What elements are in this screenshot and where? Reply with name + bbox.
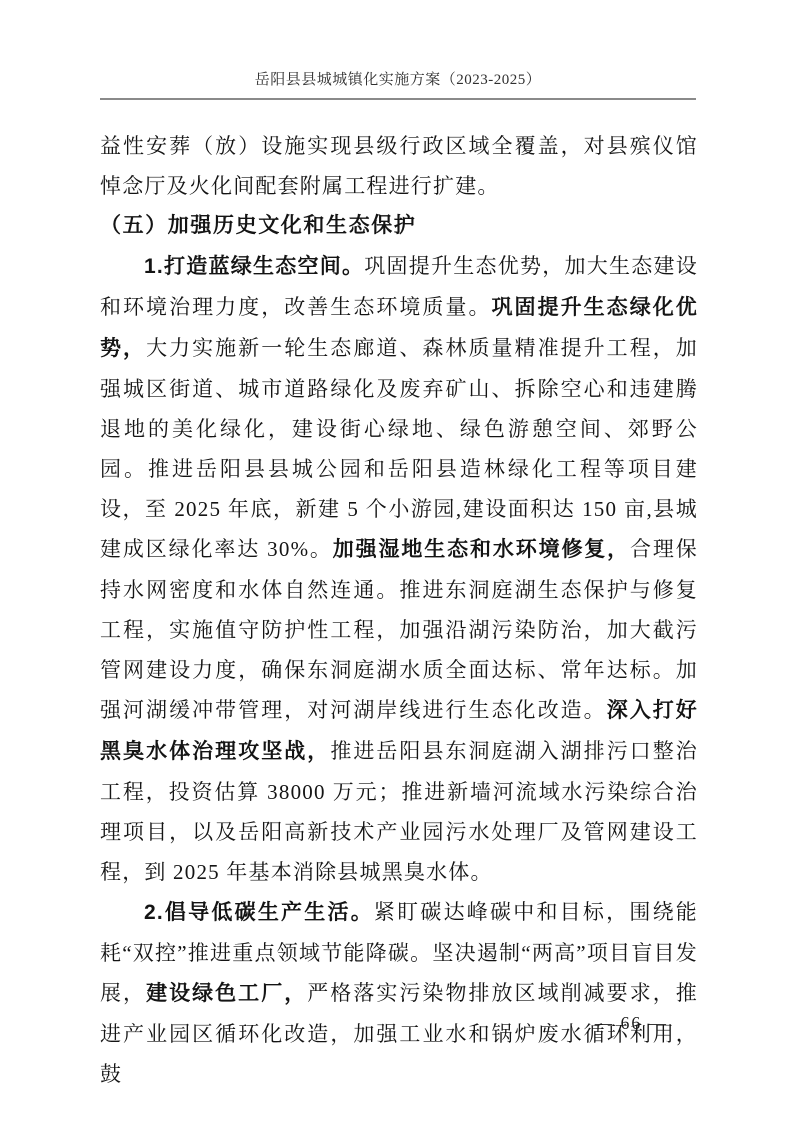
text-run: 益性安葬（放）设施实现县级行政区域全覆盖，对县殡仪馆悼念厅及火化间配套附属工程进… (100, 134, 698, 198)
paragraph: 益性安葬（放）设施实现县级行政区域全覆盖，对县殡仪馆悼念厅及火化间配套附属工程进… (100, 126, 698, 206)
page-footer: — 66 — (100, 1013, 696, 1034)
running-header: 岳阳县县城城镇化实施方案（2023-2025） (100, 68, 696, 100)
paragraph: 1.打造蓝绿生态空间。巩固提升生态优势，加大生态建设和环境治理力度，改善生态环境… (100, 246, 698, 892)
text-run: 1.打造蓝绿生态空间。 (144, 255, 364, 278)
document-body: 益性安葬（放）设施实现县级行政区域全覆盖，对县殡仪馆悼念厅及火化间配套附属工程进… (100, 126, 698, 1094)
page-number: — 66 — (595, 1013, 668, 1033)
document-page: 岳阳县县城城镇化实施方案（2023-2025） 益性安葬（放）设施实现县级行政区… (0, 0, 794, 1122)
text-run: 合理保持水网密度和水体自然连通。推进东洞庭湖生态保护与修复工程，实施值守防护性工… (100, 537, 698, 722)
text-run: 大力实施新一轮生态廊道、森林质量精准提升工程，加强城区街道、城市道路绿化及废弃矿… (100, 336, 698, 561)
text-run: 加强湿地生态和水环境修复， (333, 538, 630, 561)
text-run: （五）加强历史文化和生态保护 (100, 214, 416, 237)
paragraph: 2.倡导低碳生产生活。紧盯碳达峰碳中和目标，围绕能耗“双控”推进重点领域节能降碳… (100, 892, 698, 1094)
section-heading: （五）加强历史文化和生态保护 (100, 206, 698, 246)
text-run: 2.倡导低碳生产生活。 (144, 901, 374, 924)
text-run: 建设绿色工厂， (146, 982, 307, 1005)
document-title: 岳阳县县城城镇化实施方案（2023-2025） (255, 72, 542, 88)
